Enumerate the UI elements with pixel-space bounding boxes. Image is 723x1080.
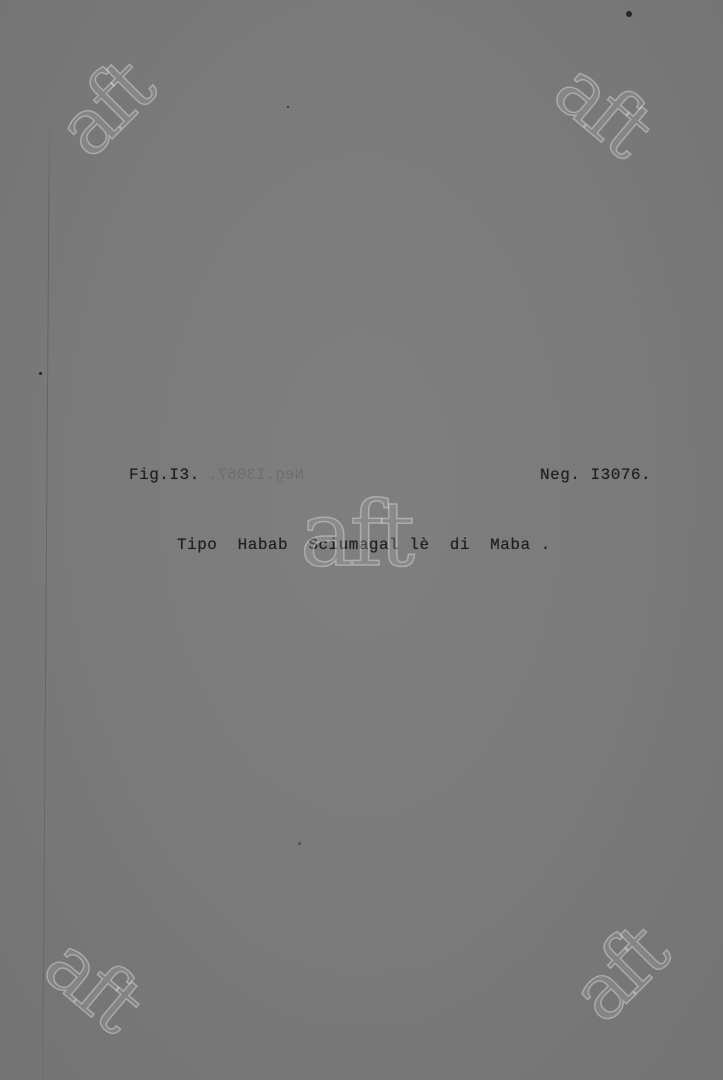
figure-label: Fig.I3. <box>129 466 200 484</box>
watermark-top-left: aft <box>44 48 166 170</box>
scanned-page: Neg.I3067. Fig.I3. Neg. I3076. Tipo Haba… <box>0 0 723 1080</box>
dust-speck <box>298 842 301 845</box>
watermark-center: aft <box>300 490 411 580</box>
negative-number: Neg. I3076. <box>540 466 651 484</box>
watermark-bottom-left: aft <box>31 924 154 1045</box>
dust-speck <box>626 11 632 17</box>
watermark-top-right: aft <box>541 49 664 170</box>
watermark-bottom-right: aft <box>558 913 680 1035</box>
page-edge-line <box>42 110 50 1080</box>
show-through-text: Neg.I3067. <box>208 466 304 484</box>
dust-speck <box>287 106 289 108</box>
dust-speck <box>39 372 42 375</box>
